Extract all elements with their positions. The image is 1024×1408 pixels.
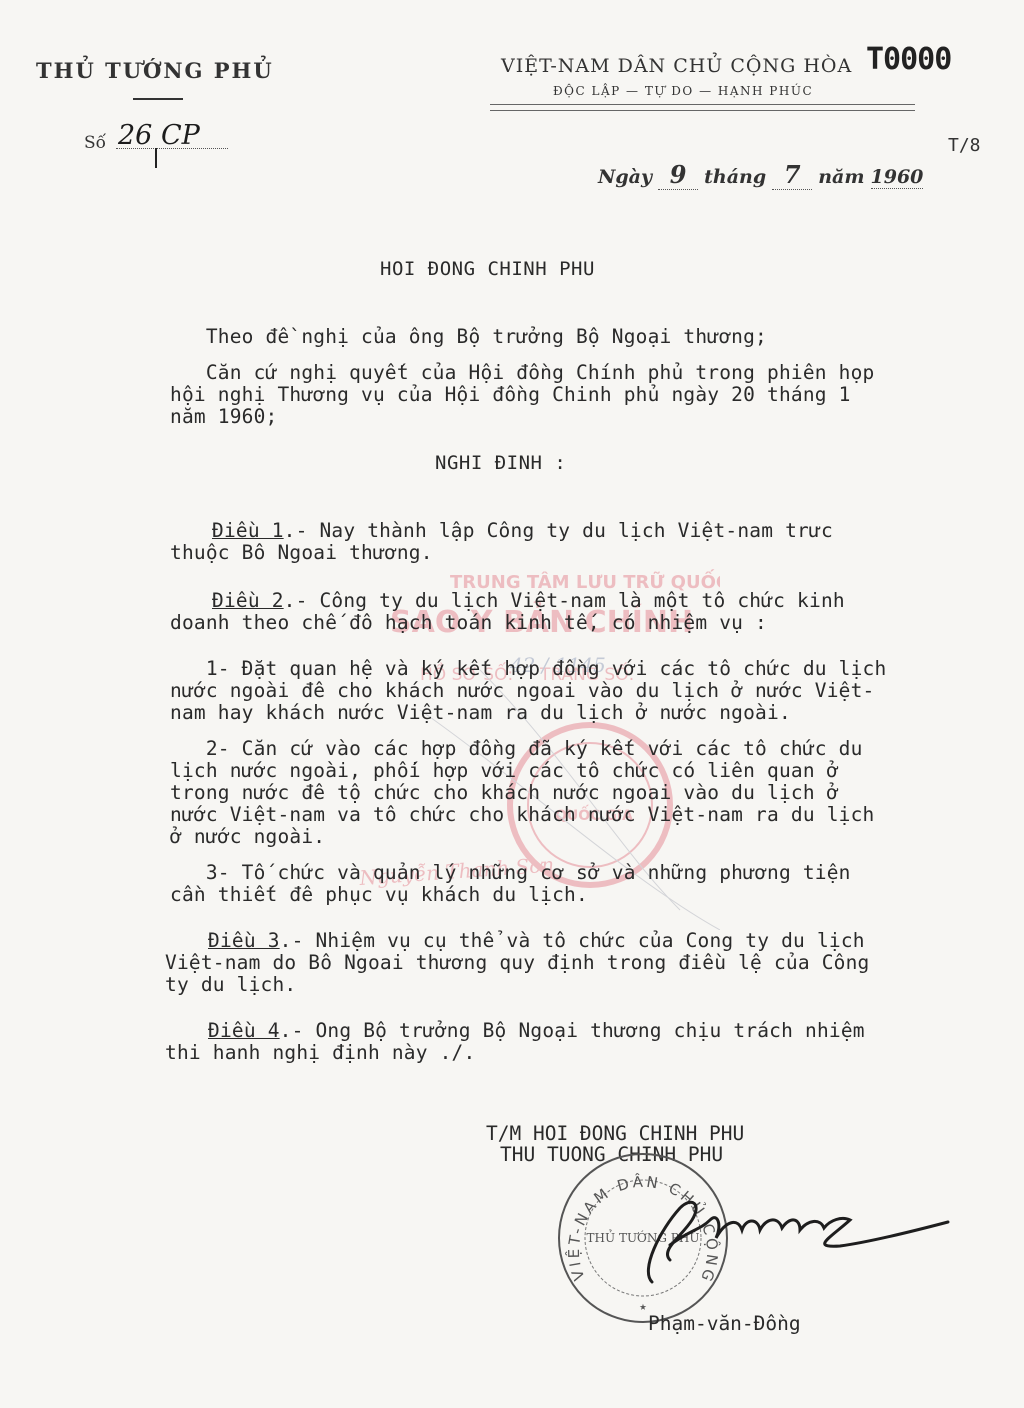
date-day-label: Ngày	[598, 166, 652, 188]
date-month-label: tháng	[704, 166, 766, 188]
date-day-value: 9	[670, 160, 687, 189]
preamble-line: Theo đề nghị của ông Bộ trưởng Bộ Ngoại …	[170, 325, 767, 348]
svg-text:★: ★	[639, 1299, 646, 1313]
duty-2-line: lịch nước ngoài, phối hợp với các tô chứ…	[170, 759, 839, 782]
article-3-line: ty du lịch.	[165, 973, 296, 996]
date-year-label: năm	[818, 166, 864, 188]
duty-2-line: trong nước đê tộ chức cho khách nước ngo…	[170, 781, 839, 804]
article-1-label: Điều 1	[212, 519, 284, 542]
document-number-value: 26 CP	[118, 120, 200, 151]
handwritten-signature	[630, 1190, 950, 1290]
on-behalf-of-line: T/M HOI ĐONG CHINH PHU	[486, 1122, 744, 1145]
article-3-label: Điều 3	[208, 929, 280, 952]
duty-2-line: nước Việt-nam va tô chức cho khách nước …	[170, 803, 874, 826]
article-4-line: thi hanh nghị định này ./.	[165, 1041, 475, 1064]
article-1-line: Điều 1.- Nay thành lập Công ty du lịch V…	[212, 519, 833, 542]
article-3-line: Điều 3.- Nhiệm vụ cụ thể và tô chức của …	[208, 929, 865, 952]
national-motto: ĐỘC LẬP — TỰ DO — HẠNH PHÚC	[553, 84, 813, 98]
duty-1-line: 1- Đặt quan hệ và ký kết hợp đồng với cá…	[170, 657, 886, 680]
signer-name: Phạm-văn-Đồng	[648, 1312, 801, 1335]
issuing-agency: THỦ TƯỚNG PHỦ	[36, 58, 274, 83]
article-2-line: Điều 2.- Công ty du lịch Việt-nam là một…	[212, 589, 845, 612]
duty-1-line: nam hay khách nước Việt-nam ra du lịch ở…	[170, 701, 791, 724]
issuer-heading: HOI ĐONG CHINH PHU	[380, 258, 595, 280]
archive-code-stamp: T0000	[866, 42, 951, 77]
duty-3-line: 3- Tố chức và quản lý những cơ sở và nhữ…	[170, 861, 851, 884]
decree-heading: NGHI ĐINH :	[435, 452, 566, 474]
preamble-line: năm 1960;	[170, 405, 277, 428]
country-name: VIỆT-NAM DÂN CHỦ CỘNG HÒA	[501, 55, 852, 77]
duty-2-line: ở nước ngoài.	[170, 825, 325, 848]
article-2-line: doanh theo chế đô hạch toán kinh tế, có …	[170, 611, 767, 634]
header-double-rule	[490, 104, 915, 111]
duty-1-line: nước ngoài đê cho khách nước ngoai vào d…	[170, 679, 874, 702]
document-date: Ngày 9 tháng 7 năm 1960	[598, 160, 923, 190]
document-number-label: Số	[84, 133, 106, 153]
article-3-line: Việt-nam do Bô Ngoai thương quy định tro…	[165, 951, 869, 974]
article-1-line: thuộc Bô Ngoai thương.	[170, 541, 433, 564]
reference-code: T/8	[948, 135, 981, 156]
article-4-label: Điều 4	[208, 1019, 280, 1042]
duty-2-line: 2- Căn cứ vào các hợp đồng đã ký kết với…	[170, 737, 863, 760]
date-month-value: 7	[784, 160, 801, 189]
number-pen-stroke	[155, 148, 157, 168]
article-4-line: Điều 4.- Ong Bộ trưởng Bộ Ngoại thương c…	[208, 1019, 865, 1042]
duty-3-line: cần thiết đê phục vụ khách du lịch.	[170, 883, 588, 906]
preamble-line: hội nghị Thương vụ của Hội đồng Chinh ph…	[170, 383, 851, 406]
date-year-value: 1960	[871, 166, 924, 189]
article-2-label: Điều 2	[212, 589, 284, 612]
preamble-line: Căn cứ nghị quyết của Hội đồng Chính phủ…	[170, 361, 874, 384]
agency-divider	[133, 98, 183, 100]
